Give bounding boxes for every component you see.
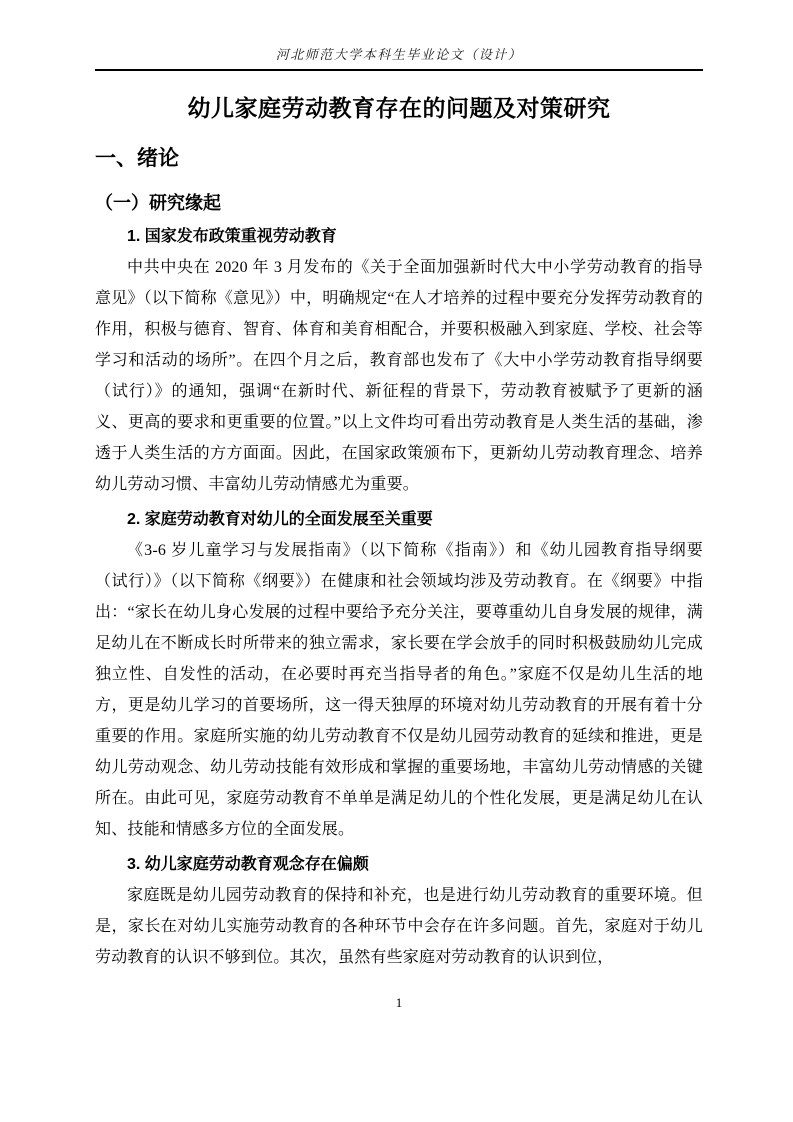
running-header: 河北师范大学本科生毕业论文（设计） [95,0,703,71]
running-header-text: 河北师范大学本科生毕业论文（设计） [276,47,523,62]
document-title: 幼儿家庭劳动教育存在的问题及对策研究 [95,91,703,125]
page-footer: 1 [95,994,703,1012]
paragraph-2-family-labor-education: 《3-6 岁儿童学习与发展指南》（以下简称《指南》）和《幼儿园教育指导纲要（试行… [95,535,703,845]
paragraph-1-national-policy: 中共中央在 2020 年 3 月发布的《关于全面加强新时代大中小学劳动教育的指导… [95,252,703,500]
paragraph-3-biased-concepts: 家庭既是幼儿园劳动教育的保持和补充，也是进行幼儿劳动教育的重要环境。但是，家长在… [95,880,703,973]
section-heading-introduction: 一、绪论 [95,145,703,173]
item-heading-1-national-policy: 1. 国家发布政策重视劳动教育 [95,221,703,252]
item-heading-3-biased-concepts: 3. 幼儿家庭劳动教育观念存在偏颇 [95,849,703,880]
page-number: 1 [396,995,403,1010]
item-heading-2-family-labor-education: 2. 家庭劳动教育对幼儿的全面发展至关重要 [95,504,703,535]
document-page: 河北师范大学本科生毕业论文（设计） 幼儿家庭劳动教育存在的问题及对策研究 一、绪… [0,0,793,1122]
subsection-heading-research-origin: （一）研究缘起 [95,190,703,217]
